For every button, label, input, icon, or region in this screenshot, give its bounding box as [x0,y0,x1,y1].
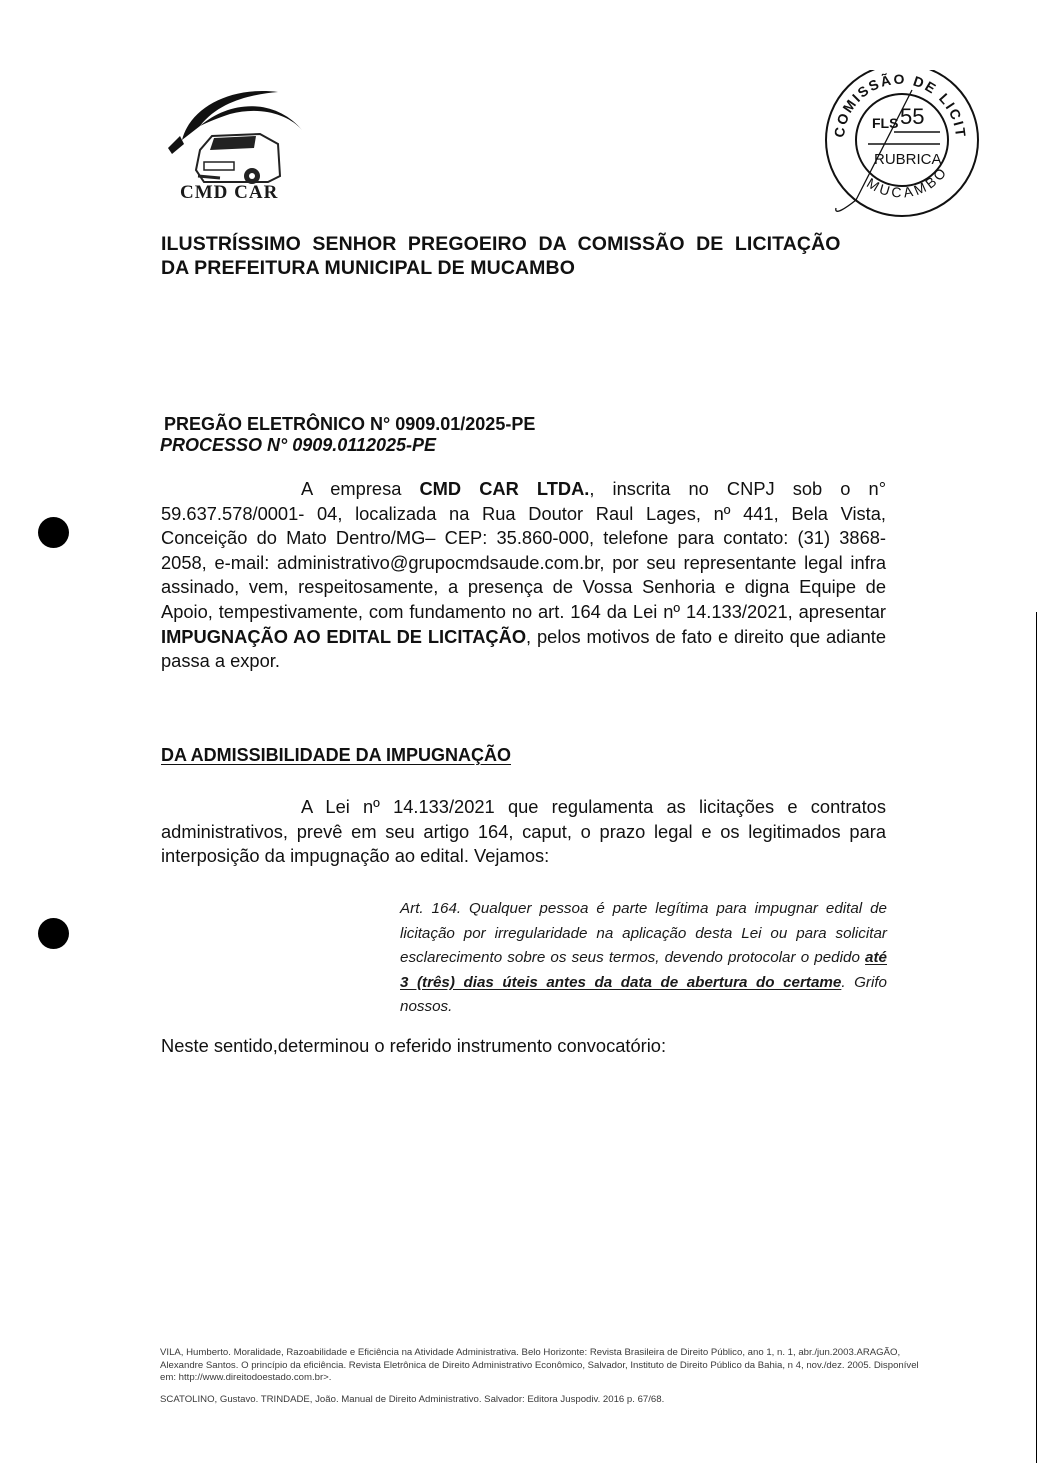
logo-text: CMD CAR [180,182,278,204]
footnote: VILA, Humberto. Moralidade, Razoabilidad… [160,1347,920,1385]
addressee-line-2: DA PREFEITURA MUNICIPAL DE MUCAMBO [161,257,575,279]
punch-hole [38,918,69,949]
commission-stamp-icon: COMISSÃO DE LICITAÇÃO MUCAMBO FLS 55 RUB… [816,70,986,220]
stamp-outer-bottom: MUCAMBO [864,163,951,201]
addressee-line-1: ILUSTRÍSSIMO SENHOR PREGOEIRO DA COMISSÃ… [161,232,881,256]
closing-sentence: Neste sentido,determinou o referido inst… [161,1035,666,1057]
stamp-rubrica-label: RUBRICA [874,151,942,168]
footnotes: VILA, Humberto. Moralidade, Razoabilidad… [160,1347,920,1406]
processo-number: PROCESSO N° 0909.0112025-PE [160,435,436,455]
footnote: SCATOLINO, Gustavo. TRINDADE, João. Manu… [160,1394,920,1407]
quote-emphasis: 3 (três) dias úteis antes da data de abe… [400,974,841,991]
intro-text: , inscrita no CNPJ sob o n° 59.637.578/0… [161,478,886,622]
company-name: CMD CAR LTDA. [419,478,589,499]
legal-quote: Art. 164. Qualquer pessoa é parte legíti… [400,897,887,1020]
addressee-heading: ILUSTRÍSSIMO SENHOR PREGOEIRO DA COMISSÃ… [161,232,881,280]
scan-edge-line [1036,612,1037,1463]
pregao-number: PREGÃO ELETRÔNICO N° 0909.01/2025-PE [164,414,535,434]
quote-emphasis: até [865,949,887,966]
impugnacao-emphasis: IMPUGNAÇÃO AO EDITAL DE LICITAÇÃO [161,626,526,647]
intro-paragraph: A empresa CMD CAR LTDA., inscrita no CNP… [161,477,886,674]
section-text: A Lei nº 14.133/2021 que regulamenta as … [161,796,886,866]
section-paragraph: A Lei nº 14.133/2021 que regulamenta as … [161,795,886,869]
section-title: DA ADMISSIBILIDADE DA IMPUGNAÇÃO [161,745,511,766]
svg-text:MUCAMBO: MUCAMBO [864,163,951,201]
quote-text: Art. 164. Qualquer pessoa é parte legíti… [400,900,887,966]
punch-hole [38,517,69,548]
intro-text: A empresa [301,478,419,499]
